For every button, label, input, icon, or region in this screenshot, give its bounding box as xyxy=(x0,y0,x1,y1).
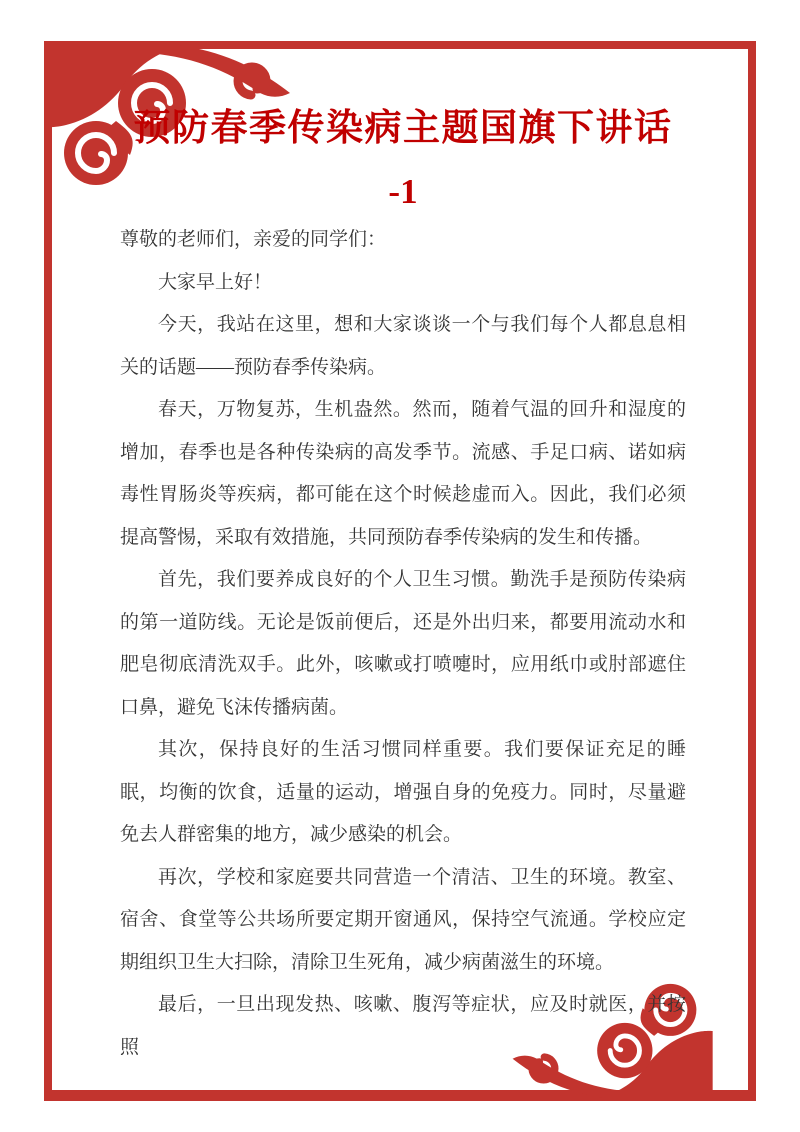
paragraph-hygiene: 首先，我们要养成良好的个人卫生习惯。勤洗手是预防传染病的第一道防线。无论是饭前便… xyxy=(120,559,686,729)
document-page: 预防春季传染病主题国旗下讲话 -1 尊敬的老师们，亲爱的同学们： 大家早上好！ … xyxy=(0,0,800,1132)
document-body: 尊敬的老师们，亲爱的同学们： 大家早上好！ 今天，我站在这里，想和大家谈谈一个与… xyxy=(120,219,686,1069)
salutation-line: 尊敬的老师们，亲爱的同学们： xyxy=(120,219,686,262)
paragraph-greeting: 大家早上好！ xyxy=(120,262,686,305)
paragraph-lifestyle: 其次，保持良好的生活习惯同样重要。我们要保证充足的睡眠，均衡的饮食，适量的运动，… xyxy=(120,729,686,857)
paragraph-symptoms: 最后，一旦出现发热、咳嗽、腹泻等症状，应及时就医，并按照 xyxy=(120,984,686,1069)
document-title-number: -1 xyxy=(120,173,686,211)
paragraph-environment: 再次，学校和家庭要共同营造一个清洁、卫生的环境。教室、宿舍、食堂等公共场所要定期… xyxy=(120,857,686,985)
document-title: 预防春季传染病主题国旗下讲话 xyxy=(120,107,686,151)
paragraph-intro: 今天，我站在这里，想和大家谈谈一个与我们每个人都息息相关的话题——预防春季传染病… xyxy=(120,304,686,389)
document-content: 预防春季传染病主题国旗下讲话 -1 尊敬的老师们，亲爱的同学们： 大家早上好！ … xyxy=(52,49,748,1091)
paragraph-spring-risks: 春天，万物复苏，生机盎然。然而，随着气温的回升和湿度的增加，春季也是各种传染病的… xyxy=(120,389,686,559)
